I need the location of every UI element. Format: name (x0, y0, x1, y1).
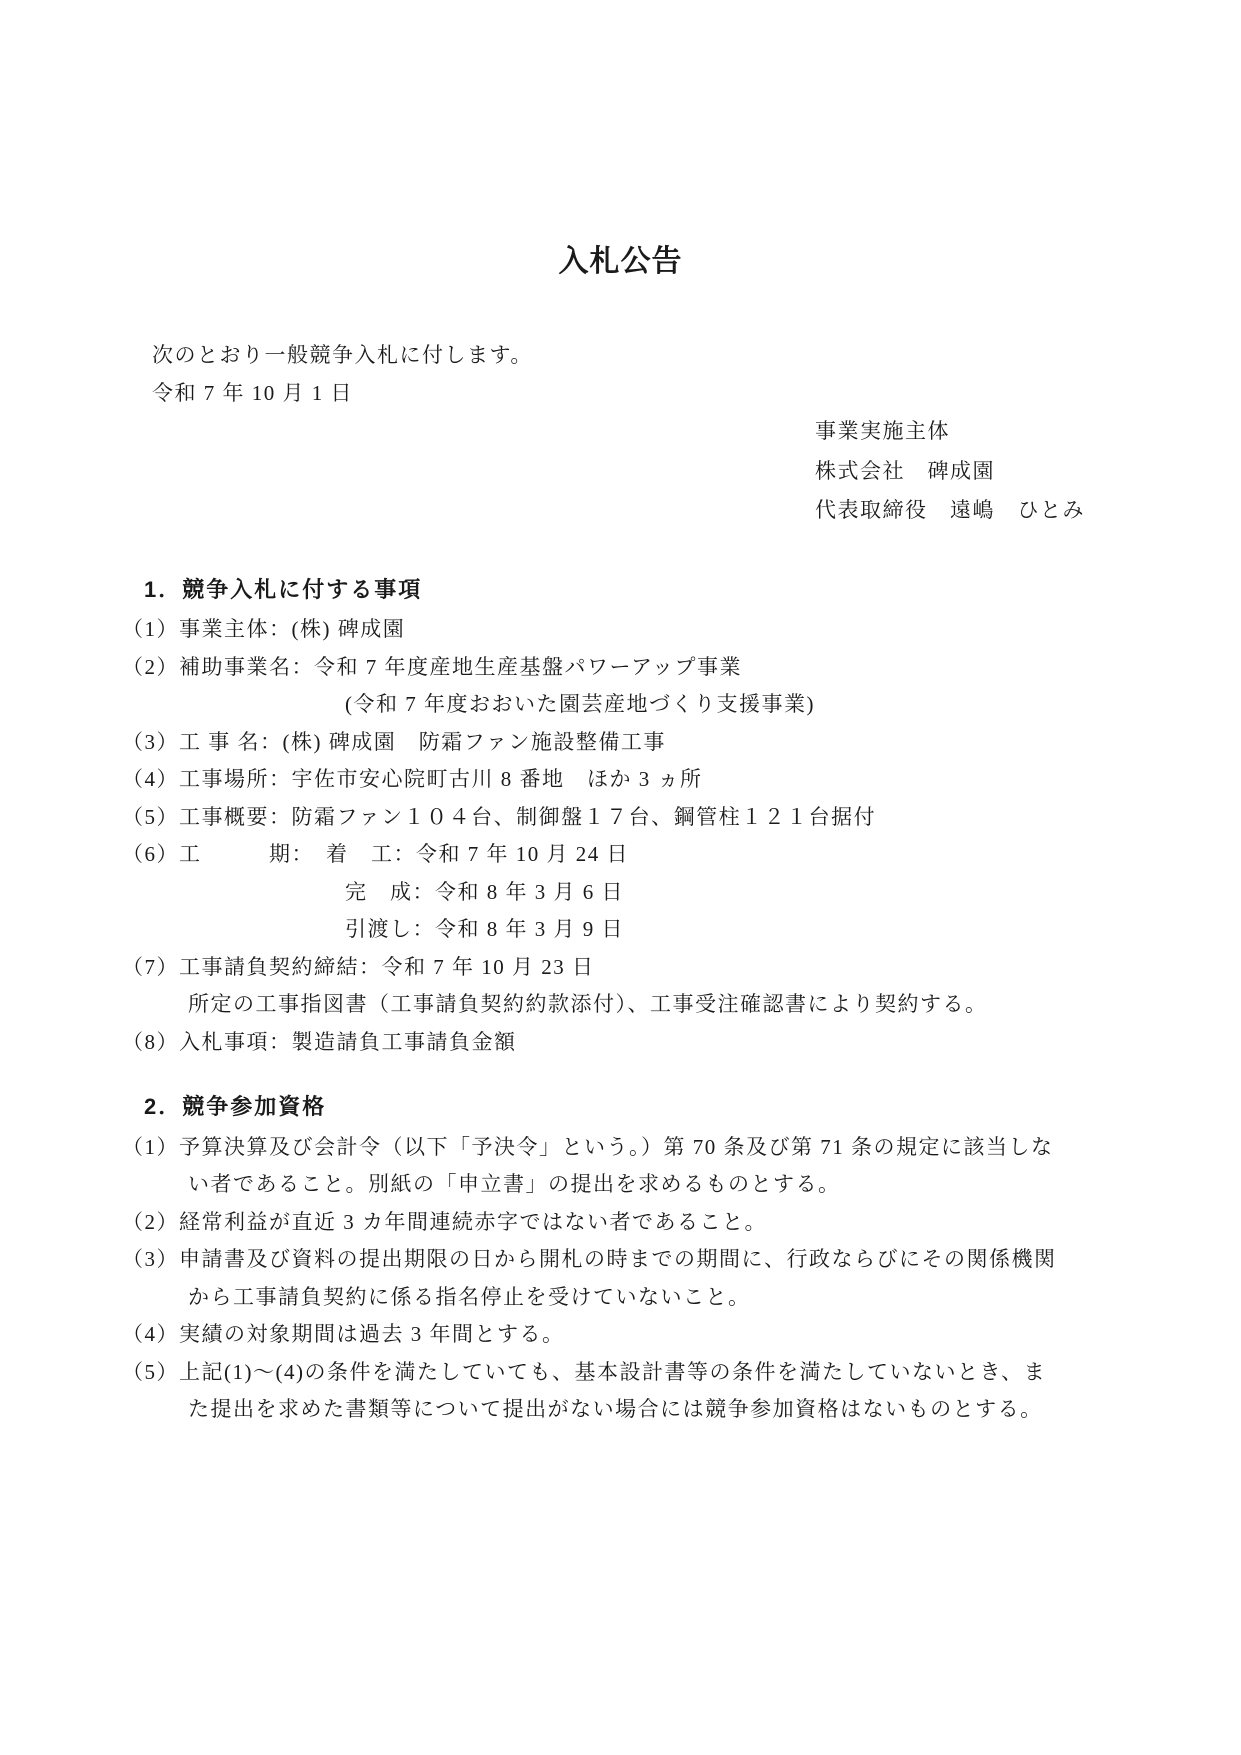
list-item: （7）工事請負契約締結：令和 7 年 10 月 23 日 (128, 949, 1241, 987)
issuer-representative: 代表取締役 遠嶋 ひとみ (815, 491, 1241, 531)
date-line: 令和 7 年 10 月 1 日 (152, 375, 1241, 413)
intro-line: 次のとおり一般競争入札に付します。 (152, 337, 1241, 375)
list-item: （5）上記(1)～(4)の条件を満たしていても、基本設計書等の条件を満たしていな… (128, 1354, 1241, 1392)
list-item: から工事請負契約に係る指名停止を受けていないこと。 (188, 1279, 1241, 1317)
list-item: （6）工 期： 着 工：令和 7 年 10 月 24 日 (128, 836, 1241, 874)
intro-block: 次のとおり一般競争入札に付します。 令和 7 年 10 月 1 日 (152, 337, 1241, 412)
document-page: 入札公告 次のとおり一般競争入札に付します。 令和 7 年 10 月 1 日 事… (0, 0, 1241, 1755)
list-item: （5）工事概要：防霜ファン１０４台、制御盤１７台、鋼管柱１２１台据付 (128, 799, 1241, 837)
list-item: （4）工事場所：宇佐市安心院町古川 8 番地 ほか 3 ヵ所 (128, 761, 1241, 799)
list-item: （3）工 事 名：(株) 碑成園 防霜ファン施設整備工事 (128, 724, 1241, 762)
list-item: 所定の工事指図書（工事請負契約約款添付）、工事受注確認書により契約する。 (188, 986, 1241, 1024)
document-section: 1．競争入札に付する事項 （1）事業主体：(株) 碑成園 （2）補助事業名：令和… (128, 571, 1241, 1062)
list-item: （8）入札事項：製造請負工事請負金額 (128, 1024, 1241, 1062)
list-item: （3）申請書及び資料の提出期限の日から開札の時までの期間に、行政ならびにその関係… (128, 1241, 1241, 1279)
section-lines: （1）事業主体：(株) 碑成園 （2）補助事業名：令和 7 年度産地生産基盤パワ… (128, 611, 1241, 1061)
list-item: た提出を求めた書類等について提出がない場合には競争参加資格はないものとする。 (188, 1391, 1241, 1429)
list-item: 完 成：令和 8 年 3 月 6 日 (345, 874, 1241, 912)
issuer-label: 事業実施主体 (815, 412, 1241, 452)
document-section: 2．競争参加資格 （1）予算決算及び会計令（以下「予決令」という。）第 70 条… (128, 1088, 1241, 1429)
section-heading: 1．競争入札に付する事項 (144, 571, 1241, 609)
section-heading: 2．競争参加資格 (144, 1088, 1241, 1126)
list-item: （2）補助事業名：令和 7 年度産地生産基盤パワーアップ事業 (128, 649, 1241, 687)
list-item: （2）経常利益が直近 3 カ年間連続赤字ではない者であること。 (128, 1204, 1241, 1242)
list-item: （1）事業主体：(株) 碑成園 (128, 611, 1241, 649)
list-item: い者であること。別紙の「申立書」の提出を求めるものとする。 (188, 1166, 1241, 1204)
list-item: （1）予算決算及び会計令（以下「予決令」という。）第 70 条及び第 71 条の… (128, 1129, 1241, 1167)
section-lines: （1）予算決算及び会計令（以下「予決令」という。）第 70 条及び第 71 条の… (128, 1129, 1241, 1429)
list-item: (令和 7 年度おおいた園芸産地づくり支援事業) (345, 686, 1241, 724)
list-item: 引渡し：令和 8 年 3 月 9 日 (345, 911, 1241, 949)
sections-container: 1．競争入札に付する事項 （1）事業主体：(株) 碑成園 （2）補助事業名：令和… (128, 571, 1241, 1429)
issuer-block: 事業実施主体 株式会社 碑成園 代表取締役 遠嶋 ひとみ (815, 412, 1241, 531)
issuer-company: 株式会社 碑成園 (815, 452, 1241, 492)
list-item: （4）実績の対象期間は過去 3 年間とする。 (128, 1316, 1241, 1354)
document-title: 入札公告 (0, 247, 1241, 277)
